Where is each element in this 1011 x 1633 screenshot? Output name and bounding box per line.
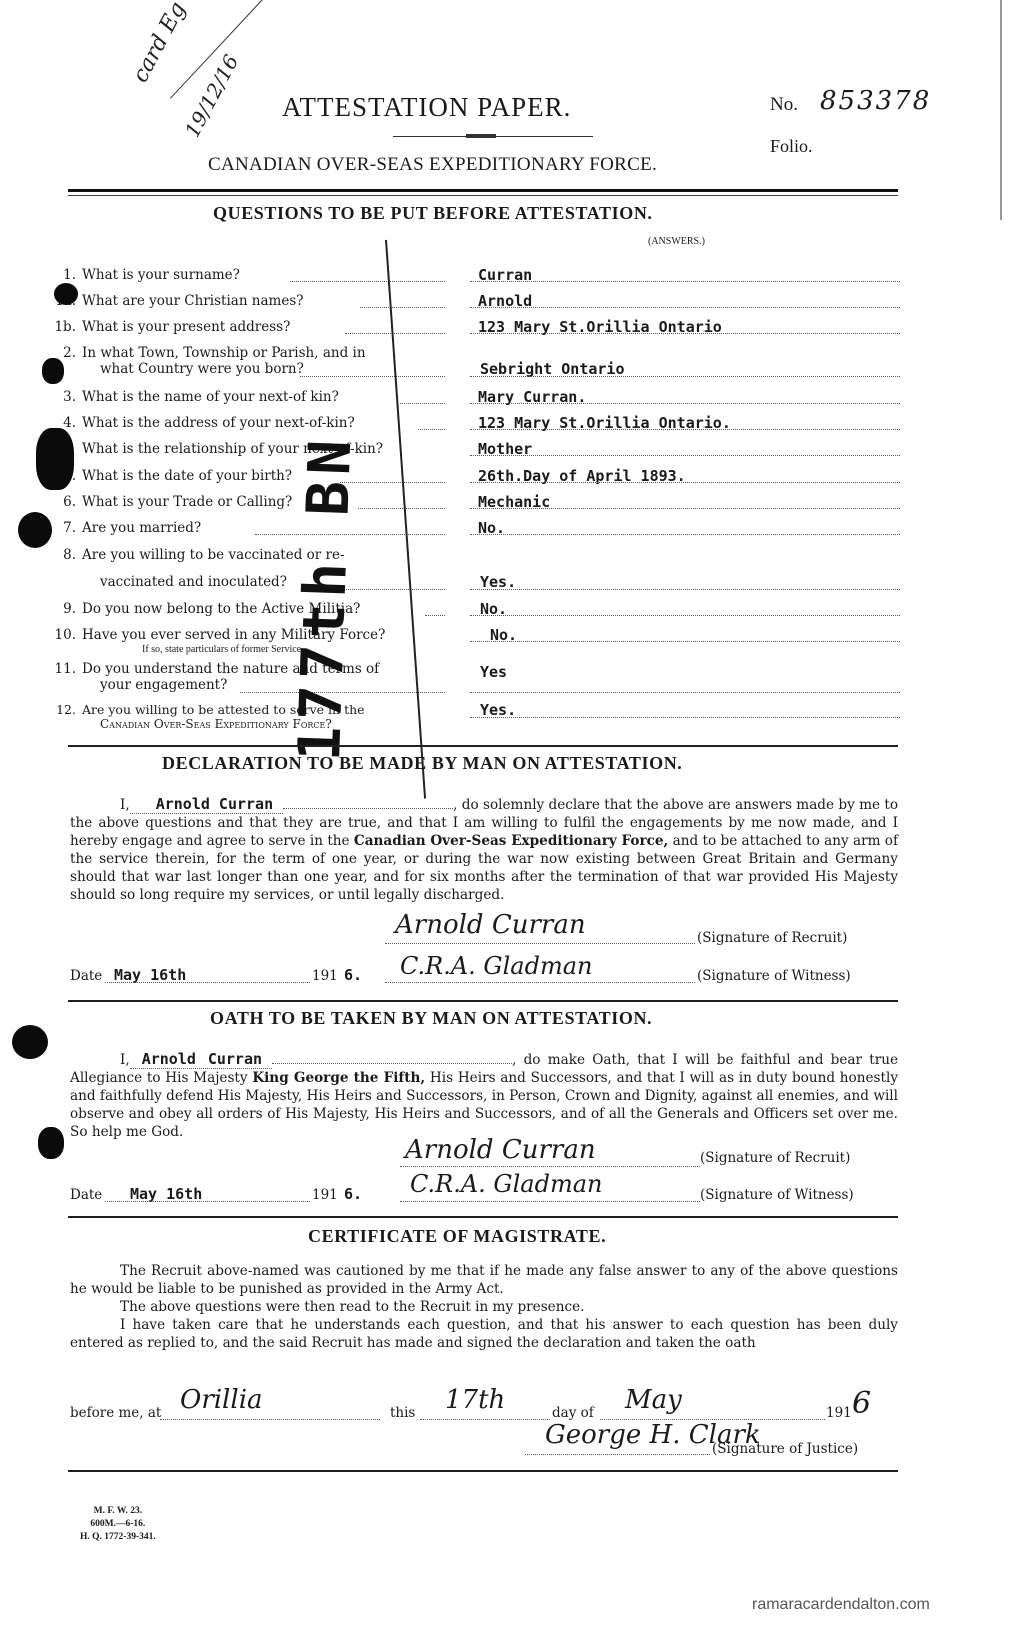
- question-text: What is the name of your next-of kin?: [82, 389, 339, 405]
- question-number: 1b.: [50, 319, 76, 335]
- declaration-recruit-signature: Arnold Curran: [395, 910, 586, 940]
- oath-date-label: Date: [70, 1187, 102, 1203]
- question-leader-dots: [358, 507, 445, 509]
- form-code: 600M.—6-16.: [80, 1518, 156, 1531]
- declaration-bold-force: Canadian Over-Seas Expeditionary Force,: [354, 833, 668, 849]
- oath-title: OATH TO BE TAKEN BY MAN ON ATTESTATION.: [210, 1008, 652, 1029]
- place-line: [160, 1418, 380, 1420]
- signature-line: [400, 1200, 700, 1202]
- before-me-label: before me, at: [70, 1405, 161, 1421]
- question-text-line2: vaccinated and inoculated?: [100, 574, 287, 590]
- signature-line: [400, 1165, 700, 1167]
- recruit-signature-label: (Signature of Recruit): [697, 930, 847, 946]
- answer-line: [470, 481, 900, 483]
- ink-blot: [54, 283, 78, 305]
- date-line: [105, 981, 310, 983]
- question-row: 1b.What is your present address?: [50, 319, 290, 335]
- question-number: 7.: [50, 520, 76, 536]
- ink-blot: [12, 1025, 48, 1059]
- question-row: 4.What is the address of your next-of-ki…: [50, 415, 355, 431]
- section-rule: [68, 1000, 898, 1002]
- magistrate-month: May: [625, 1385, 682, 1415]
- question-number: 8.: [50, 547, 76, 563]
- answer-line: [470, 332, 900, 334]
- question-text: What is your surname?: [82, 267, 240, 283]
- question-text: Are you married?: [82, 520, 201, 536]
- justice-signature-label: (Signature of Justice): [712, 1441, 858, 1457]
- header-thin-rule: [68, 195, 898, 196]
- oath-witness-signature: C.R.A. Gladman: [410, 1170, 602, 1198]
- ink-blot: [38, 1127, 64, 1159]
- question-text: What is your Trade or Calling?: [82, 494, 292, 510]
- declaration-date-label: Date: [70, 968, 102, 984]
- question-row: 7.Are you married?: [50, 520, 201, 536]
- battalion-stamp: 177th BN: [285, 433, 364, 763]
- question-row: 3.What is the name of your next-of kin?: [50, 389, 339, 405]
- question-leader-dots: [290, 280, 445, 282]
- oath-name-dots: [272, 1063, 512, 1064]
- answer-line: [470, 691, 900, 693]
- magistrate-year-prefix: 191: [826, 1405, 852, 1421]
- question-number: 3.: [50, 389, 76, 405]
- answer-line: [470, 533, 900, 535]
- magistrate-para-3: I have taken care that he understands ea…: [70, 1316, 898, 1352]
- handwritten-annotation: card Eg: [128, 0, 191, 87]
- day-of-label: day of: [552, 1405, 594, 1421]
- header-heavy-rule: [68, 189, 898, 192]
- declaration-witness-signature: C.R.A. Gladman: [400, 952, 592, 980]
- ink-blot: [42, 358, 64, 384]
- question-text: What is the address of your next-of-kin?: [82, 415, 355, 431]
- answer-line: [470, 280, 900, 282]
- pen-stroke: [385, 240, 426, 799]
- question-leader-dots: [345, 332, 445, 334]
- signature-line: [525, 1453, 710, 1455]
- page-edge: [1000, 0, 1002, 220]
- ink-blot: [18, 512, 52, 548]
- question-leader-dots: [300, 375, 445, 377]
- oath-name: Arnold Curran: [130, 1050, 272, 1069]
- question-row: 5.What is the date of your birth?: [50, 468, 292, 484]
- declaration-text: I,Arnold Curran, do solemnly declare tha…: [70, 795, 898, 904]
- magistrate-text: The Recruit above-named was cautioned by…: [70, 1262, 898, 1352]
- date-line: [105, 1200, 310, 1202]
- question-row: 1a.What are your Christian names?: [50, 293, 304, 309]
- title-rule-ornament: [466, 134, 496, 138]
- declaration-year-suffix: 6.: [344, 966, 362, 984]
- declaration-name-dots: [283, 808, 453, 809]
- declaration-title: DECLARATION TO BE MADE BY MAN ON ATTESTA…: [162, 753, 682, 774]
- witness-signature-label: (Signature of Witness): [697, 968, 851, 984]
- answer-line: [470, 402, 900, 404]
- magistrate-place: Orillia: [180, 1385, 263, 1415]
- oath-year-prefix: 191: [312, 1187, 338, 1203]
- form-code: H. Q. 1772-39-341.: [80, 1531, 156, 1544]
- declaration-name: Arnold Curran: [130, 795, 283, 814]
- answers-header: (ANSWERS.): [648, 236, 705, 247]
- question-note: If so, state particulars of former Servi…: [142, 644, 304, 655]
- oath-text: I,Arnold Curran, do make Oath, that I wi…: [70, 1050, 898, 1141]
- question-text: What are your Christian names?: [82, 293, 304, 309]
- oath-year-suffix: 6.: [344, 1185, 362, 1203]
- signature-line: [385, 942, 695, 944]
- question-number: 6.: [50, 494, 76, 510]
- magistrate-para-1: The Recruit above-named was cautioned by…: [70, 1262, 898, 1298]
- question-text: What is the date of your birth?: [82, 468, 292, 484]
- question-number: 9.: [50, 601, 76, 617]
- answer-line: [470, 306, 900, 308]
- oath-witness-signature-label: (Signature of Witness): [700, 1187, 854, 1203]
- regimental-number: 853378: [820, 86, 931, 116]
- question-leader-dots: [400, 402, 445, 404]
- question-number: 12.: [50, 702, 76, 717]
- question-number: 11.: [50, 661, 76, 677]
- answer-line: [470, 454, 900, 456]
- document-subtitle: CANADIAN OVER-SEAS EXPEDITIONARY FORCE.: [208, 154, 657, 176]
- oath-bold-king: King George the Fifth,: [252, 1070, 425, 1086]
- declaration-year-prefix: 191: [312, 968, 338, 984]
- signature-line: [385, 981, 695, 983]
- question-row: 1.What is your surname?: [50, 267, 240, 283]
- ink-blot: [36, 428, 74, 490]
- answer-understand-terms: Yes: [480, 663, 507, 681]
- regimental-number-label: No.: [770, 94, 798, 116]
- answer-line: [470, 614, 900, 616]
- document-title: ATTESTATION PAPER.: [282, 92, 571, 123]
- question-leader-dots: [418, 428, 445, 430]
- answer-line: [470, 640, 900, 642]
- questions-section-title: QUESTIONS TO BE PUT BEFORE ATTESTATION.: [213, 203, 653, 224]
- watermark-link[interactable]: ramaracardendalton.com: [752, 1596, 930, 1614]
- answer-line: [470, 428, 900, 430]
- question-text-line2: what Country were you born?: [100, 361, 304, 377]
- section-rule: [68, 1216, 898, 1218]
- question-text: In what Town, Township or Parish, and in: [82, 345, 366, 361]
- answer-line: [470, 716, 900, 718]
- oath-recruit-signature: Arnold Curran: [405, 1135, 596, 1165]
- question-text-line2: your engagement?: [100, 677, 227, 693]
- handwritten-annotation-date: 19/12/16: [180, 51, 243, 142]
- magistrate-year-suffix: 6: [852, 1386, 871, 1421]
- folio-label: Folio.: [770, 136, 813, 157]
- oath-recruit-signature-label: (Signature of Recruit): [700, 1150, 850, 1166]
- oath-prefix: I,: [70, 1052, 130, 1068]
- question-leader-dots: [425, 614, 445, 616]
- form-code: M. F. W. 23.: [80, 1505, 156, 1518]
- section-rule: [68, 1470, 898, 1472]
- magistrate-para-2: The above questions were then read to th…: [70, 1298, 898, 1316]
- question-number: 1.: [50, 267, 76, 283]
- magistrate-day: 17th: [445, 1385, 505, 1415]
- question-number: 10.: [50, 627, 76, 643]
- answer-line: [470, 588, 900, 590]
- section-rule: [68, 745, 898, 747]
- question-row: 6.What is your Trade or Calling?: [50, 494, 292, 510]
- answer-line: [470, 507, 900, 509]
- form-codes: M. F. W. 23. 600M.—6-16. H. Q. 1772-39-3…: [80, 1505, 156, 1544]
- day-line: [420, 1418, 550, 1420]
- question-text: What is your present address?: [82, 319, 290, 335]
- answer-line: [470, 375, 900, 377]
- question-leader-dots: [360, 306, 445, 308]
- question-row: 2.In what Town, Township or Parish, and …: [50, 345, 366, 361]
- this-label: this: [390, 1405, 415, 1421]
- magistrate-title: CERTIFICATE OF MAGISTRATE.: [308, 1226, 606, 1247]
- declaration-prefix: I,: [70, 797, 130, 813]
